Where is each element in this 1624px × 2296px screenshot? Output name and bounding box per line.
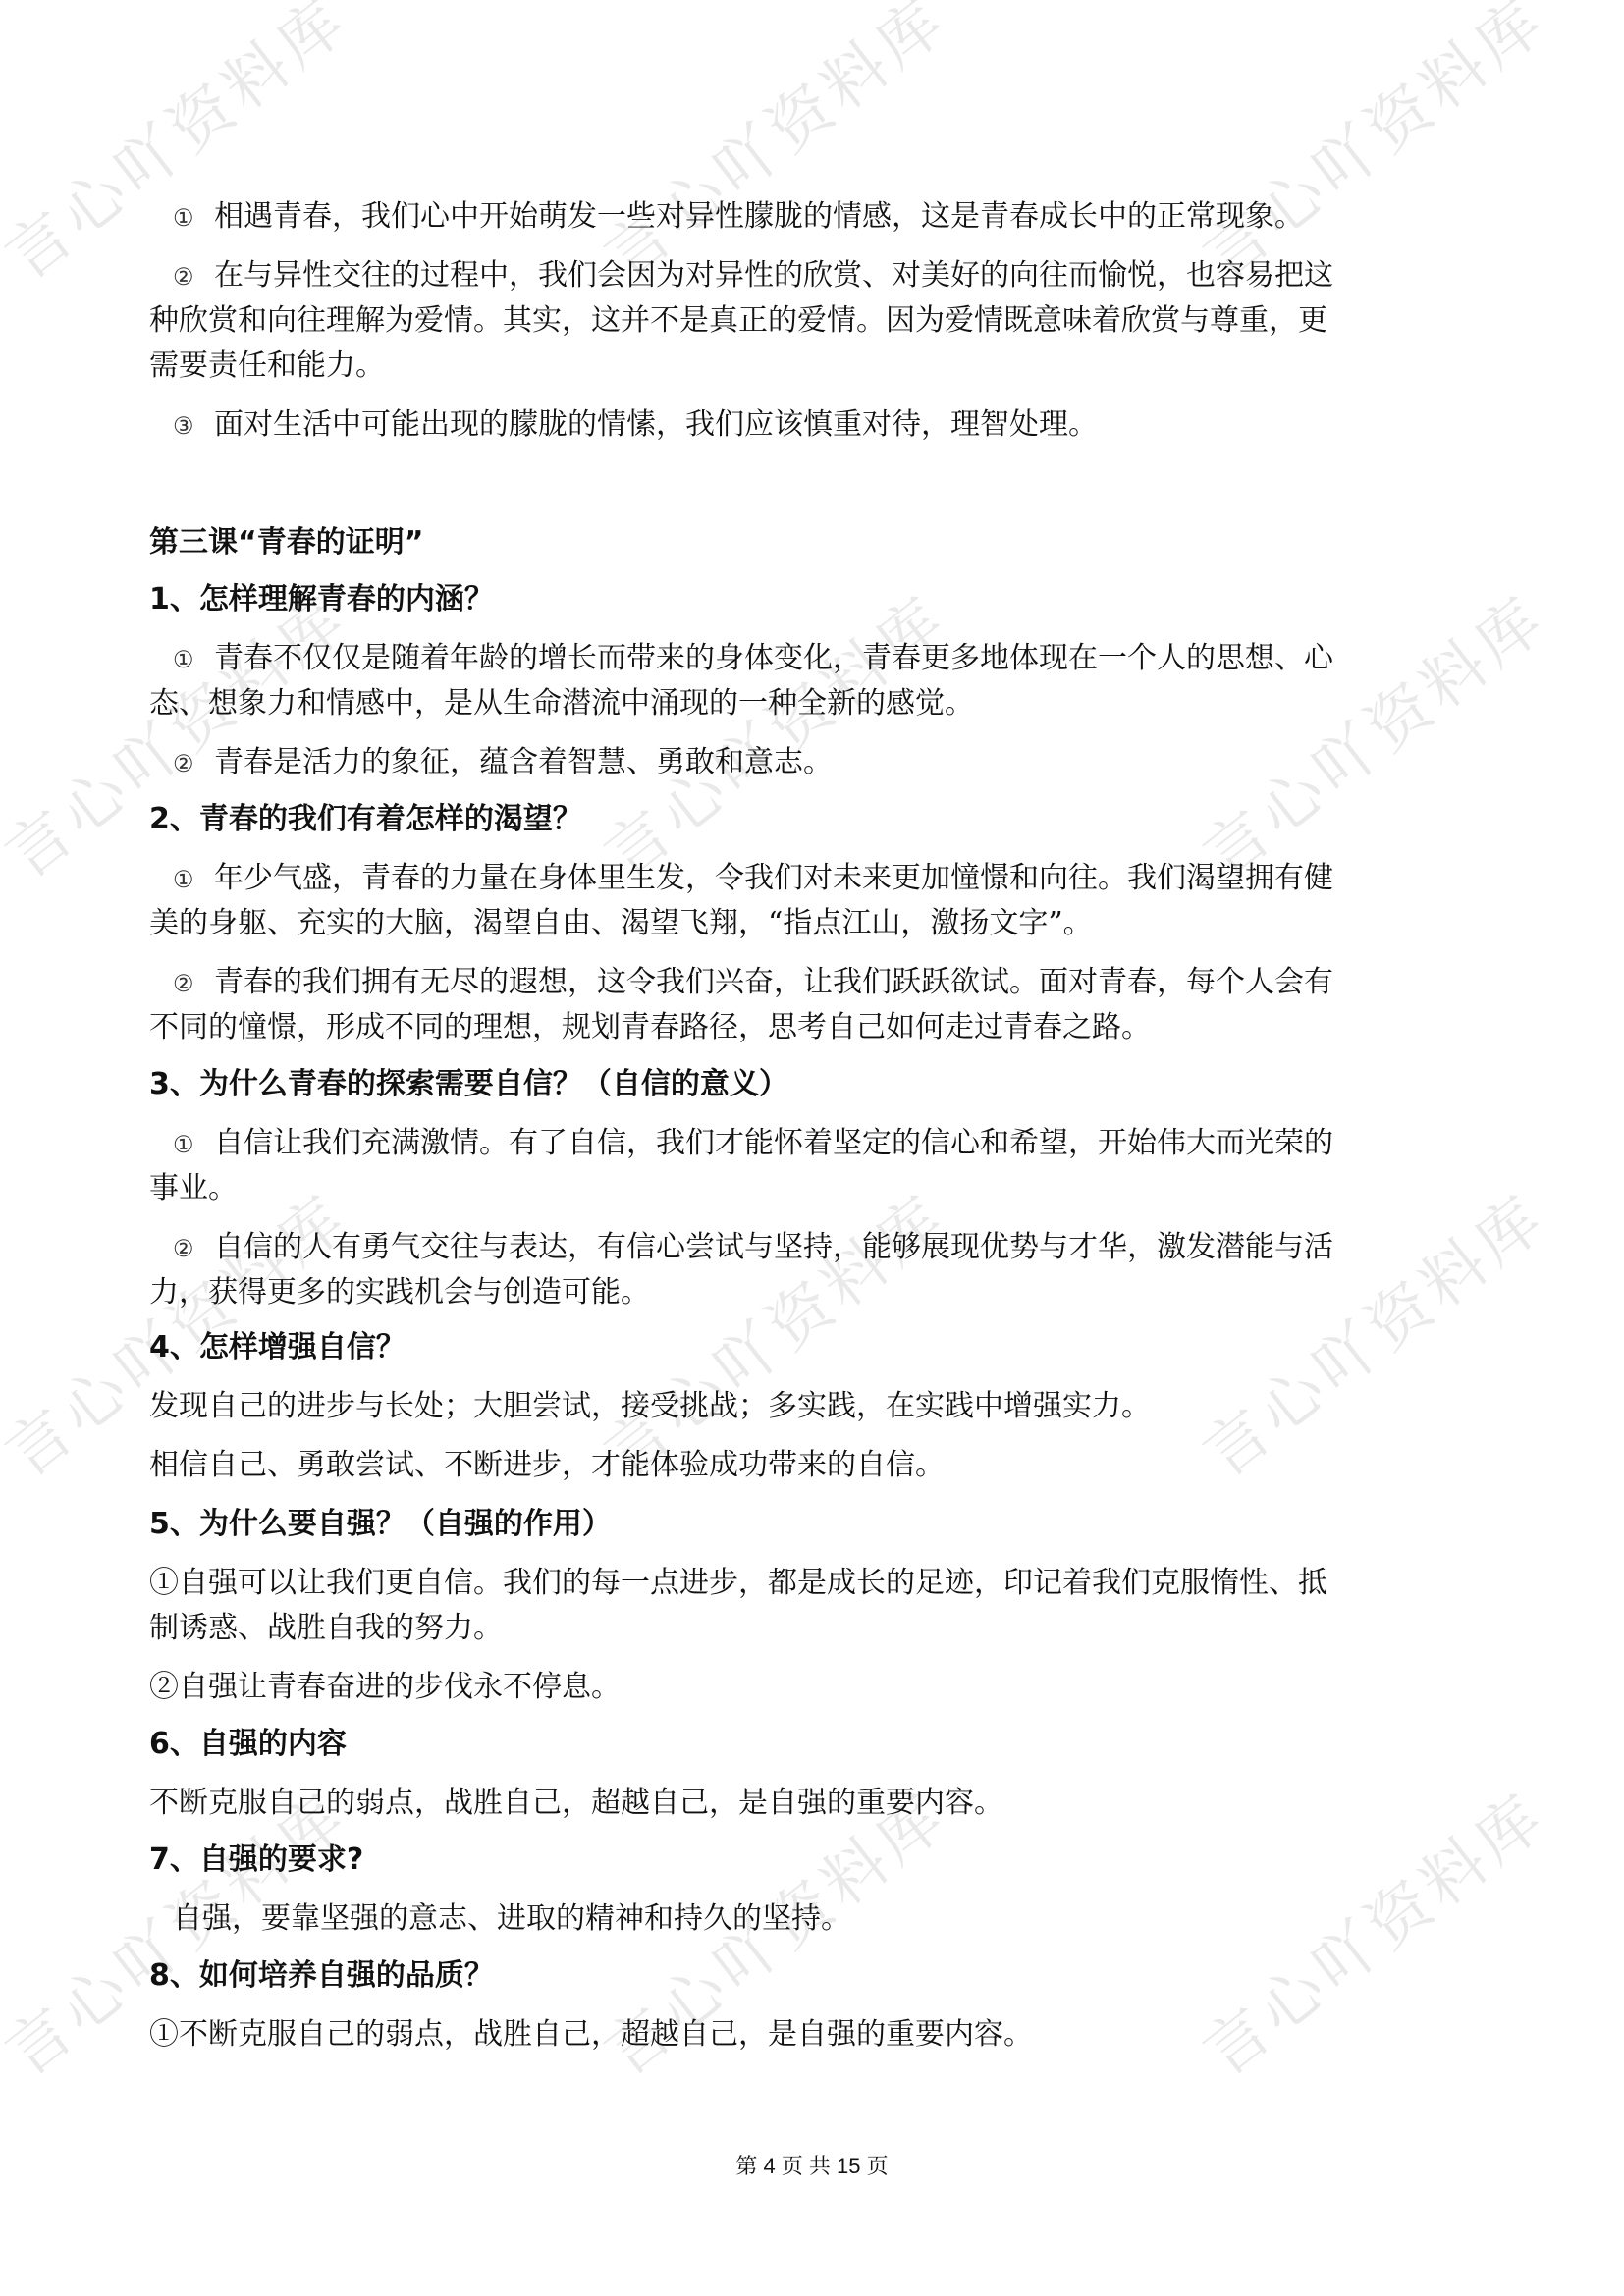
item-text: 在与异性交往的过程中，我们会因为对异性的欣赏、对美好的向往而愉悦，也容易把这 <box>214 258 1333 293</box>
list-marker: ② <box>173 741 214 786</box>
section-6-line-1: 不断克服自己的弱点，战胜自己，超越自己，是自强的重要内容。 <box>149 1781 1485 1826</box>
section-heading-4: 4、怎样增强自信？ <box>149 1325 1485 1370</box>
section-3-item-1: ①自信让我们充满激情。有了自信，我们才能怀着坚定的信心和希望，开始伟大而光荣的 <box>149 1121 1508 1167</box>
section-heading-8: 8、如何培养自强的品质？ <box>149 1953 1485 1999</box>
intro-item-2-cont: 种欣赏和向往理解为爱情。其实，这并不是真正的爱情。因为爱情既意味着欣赏与尊重，更 <box>149 298 1485 344</box>
watermark: 言心吖资料库 <box>0 0 364 296</box>
intro-item-2: ②在与异性交往的过程中，我们会因为对异性的欣赏、对美好的向往而愉悦，也容易把这 <box>149 253 1508 299</box>
section-4-line-2: 相信自己、勇敢尝试、不断进步，才能体验成功带来的自信。 <box>149 1443 1485 1488</box>
list-marker: ② <box>173 1226 214 1271</box>
item-text: 面对生活中可能出现的朦胧的情愫，我们应该慎重对待，理智处理。 <box>214 407 1098 442</box>
section-2-item-2-cont: 不同的憧憬，形成不同的理想，规划青春路径，思考自己如何走过青春之路。 <box>149 1005 1485 1050</box>
section-3-item-2: ②自信的人有勇气交往与表达，有信心尝试与坚持，能够展现优势与才华，激发潜能与活 <box>149 1225 1508 1271</box>
watermark: 言心吖资料库 <box>582 0 963 296</box>
page-footer: 第 4 页 共 15 页 <box>0 2150 1624 2180</box>
list-marker: ① <box>173 195 214 240</box>
section-heading-2: 2、青春的我们有着怎样的渴望？ <box>149 797 1485 842</box>
section-3-item-2-cont: 力，获得更多的实践机会与创造可能。 <box>149 1270 1485 1315</box>
section-5-line-1: ①自强可以让我们更自信。我们的每一点进步，都是成长的足迹，印记着我们克服惰性、抵 <box>149 1561 1485 1606</box>
section-1-item-2: ②青春是活力的象征，蕴含着智慧、勇敢和意志。 <box>149 740 1508 786</box>
section-heading-7: 7、自强的要求? <box>149 1838 1485 1883</box>
lesson-title: 第三课“青春的证明” <box>149 520 1485 565</box>
intro-item-1: ①相遇青春，我们心中开始萌发一些对异性朦胧的情感，这是青春成长中的正常现象。 <box>149 194 1508 240</box>
section-heading-1: 1、怎样理解青春的内涵？ <box>149 577 1485 622</box>
item-text: 年少气盛，青春的力量在身体里生发，令我们对未来更加憧憬和向往。我们渴望拥有健 <box>214 861 1333 895</box>
section-heading-3: 3、为什么青春的探索需要自信？（自信的意义） <box>149 1062 1485 1107</box>
section-1-item-1-cont: 态、想象力和情感中，是从生命潜流中涌现的一种全新的感觉。 <box>149 681 1485 726</box>
section-4-line-1: 发现自己的进步与长处；大胆尝试，接受挑战；多实践，在实践中增强实力。 <box>149 1384 1485 1429</box>
list-marker: ② <box>173 254 214 299</box>
section-2-item-2: ②青春的我们拥有无尽的遐想，这令我们兴奋，让我们跃跃欲试。面对青春，每个人会有 <box>149 960 1508 1006</box>
section-heading-6: 6、自强的内容 <box>149 1722 1485 1767</box>
list-marker: ① <box>173 637 214 682</box>
item-text: 青春不仅仅是随着年龄的增长而带来的身体变化，青春更多地体现在一个人的思想、心 <box>214 641 1333 675</box>
item-text: 青春的我们拥有无尽的遐想，这令我们兴奋，让我们跃跃欲试。面对青春，每个人会有 <box>214 965 1333 999</box>
section-5-line-2: ②自强让青春奋进的步伐永不停息。 <box>149 1665 1485 1710</box>
item-text: 自信让我们充满激情。有了自信，我们才能怀着坚定的信心和希望，开始伟大而光荣的 <box>214 1126 1333 1160</box>
item-text: 相遇青春，我们心中开始萌发一些对异性朦胧的情感，这是青春成长中的正常现象。 <box>214 199 1304 234</box>
section-2-item-1-cont: 美的身躯、充实的大脑，渴望自由、渴望飞翔，“指点江山，激扬文字”。 <box>149 901 1485 946</box>
list-marker: ① <box>173 1122 214 1167</box>
section-5-line-1-cont: 制诱惑、战胜自我的努力。 <box>149 1606 1485 1651</box>
list-marker: ② <box>173 961 214 1006</box>
intro-item-3: ③面对生活中可能出现的朦胧的情愫，我们应该慎重对待，理智处理。 <box>149 402 1508 449</box>
list-marker: ① <box>173 857 214 902</box>
intro-item-2-cont: 需要责任和能力。 <box>149 344 1485 389</box>
item-text: 青春是活力的象征，蕴含着智慧、勇敢和意志。 <box>214 745 833 779</box>
section-8-line-1: ①不断克服自己的弱点，战胜自己，超越自己，是自强的重要内容。 <box>149 2012 1485 2057</box>
watermark: 言心吖资料库 <box>1181 0 1562 296</box>
section-heading-5: 5、为什么要自强？（自强的作用） <box>149 1502 1485 1547</box>
section-7-line-1: 自强，要靠坚强的意志、进取的精神和持久的坚持。 <box>149 1896 1508 1942</box>
item-text: 自信的人有勇气交往与表达，有信心尝试与坚持，能够展现优势与才华，激发潜能与活 <box>214 1230 1333 1264</box>
section-2-item-1: ①年少气盛，青春的力量在身体里生发，令我们对未来更加憧憬和向往。我们渴望拥有健 <box>149 856 1508 902</box>
section-1-item-1: ①青春不仅仅是随着年龄的增长而带来的身体变化，青春更多地体现在一个人的思想、心 <box>149 636 1508 682</box>
list-marker: ③ <box>173 403 214 449</box>
section-3-item-1-cont: 事业。 <box>149 1166 1485 1211</box>
